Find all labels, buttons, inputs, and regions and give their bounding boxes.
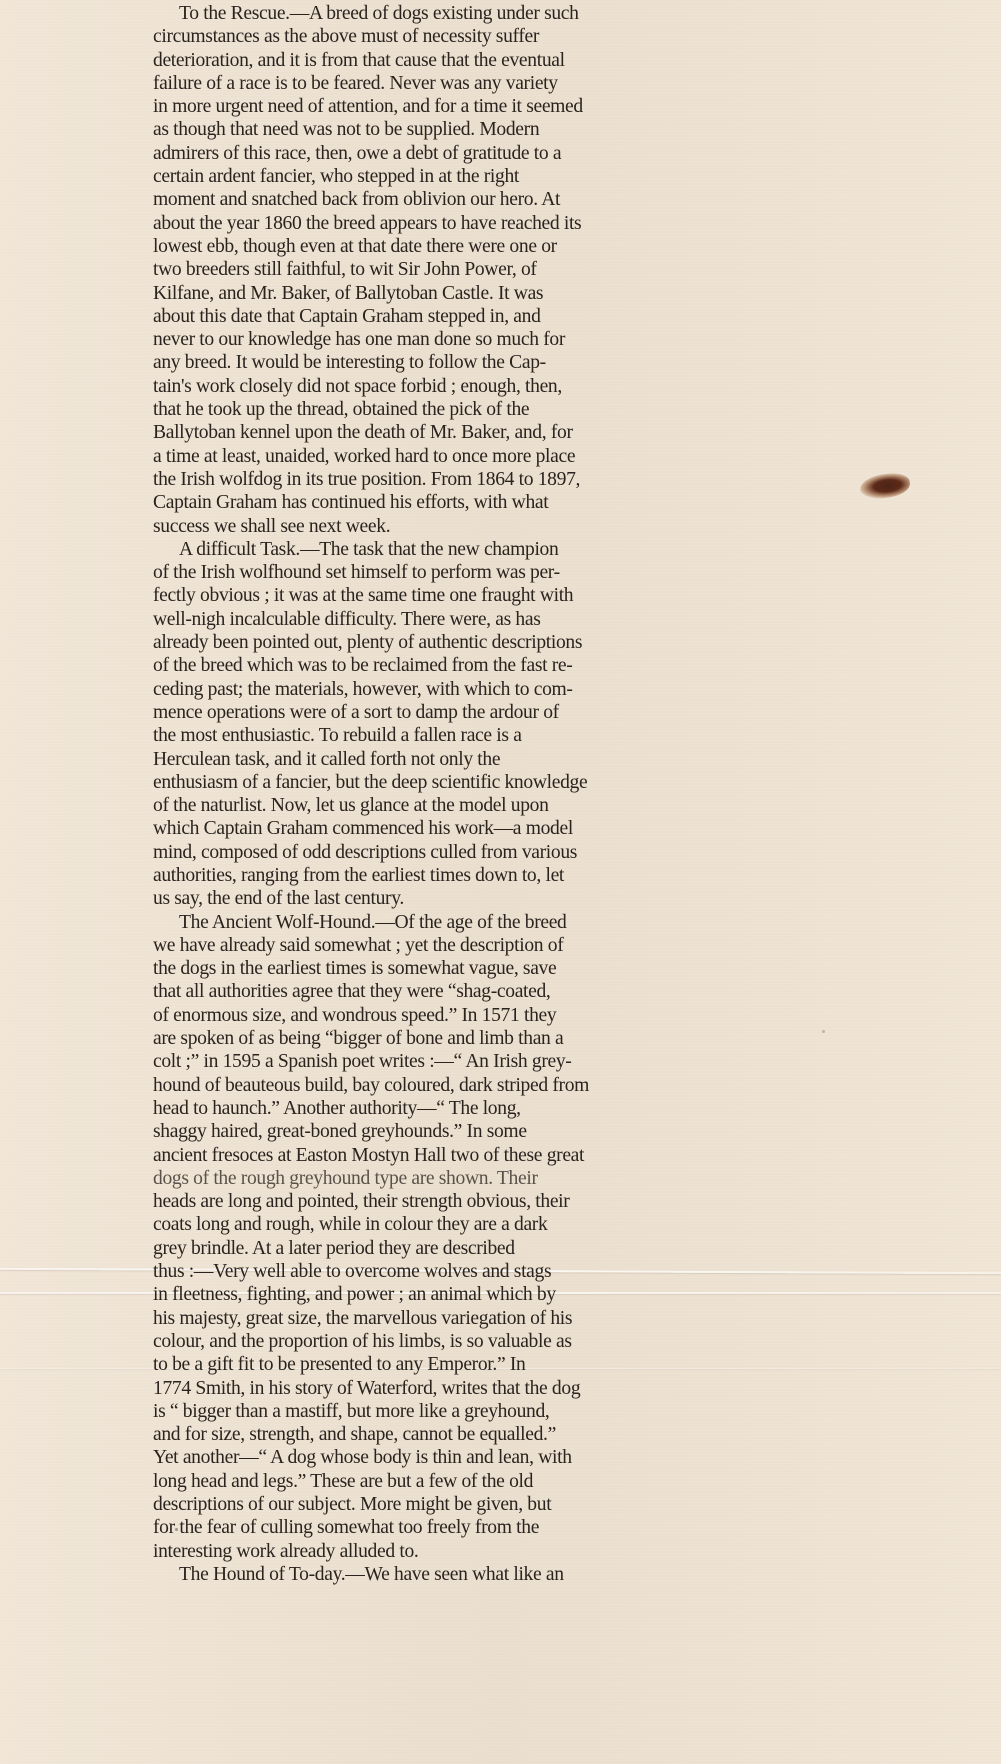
- text-line: is “ bigger than a mastiff, but more lik…: [153, 1400, 813, 1423]
- text-line: coats long and rough, while in colour th…: [153, 1213, 813, 1236]
- text-line: Captain Graham has continued his efforts…: [153, 491, 813, 514]
- text-line: us say, the end of the last century.: [153, 887, 813, 910]
- text-line: 1774 Smith, in his story of Waterford, w…: [153, 1377, 813, 1400]
- text-line: circumstances as the above must of neces…: [153, 25, 813, 48]
- text-line: of the Irish wolfhound set himself to pe…: [153, 561, 813, 584]
- section-the-hound-of-to-day: The Hound of To-day.—We have seen what l…: [153, 1563, 813, 1586]
- text-line: of the naturlist. Now, let us glance at …: [153, 794, 813, 817]
- text-line: for the fear of culling somewhat too fre…: [153, 1516, 813, 1539]
- text-line: interesting work already alluded to.: [153, 1540, 813, 1563]
- text-line-folded: dogs of the rough greyhound type are sho…: [153, 1167, 813, 1190]
- text-line: about the year 1860 the breed appears to…: [153, 212, 813, 235]
- text-line: in fleetness, fighting, and power ; an a…: [153, 1283, 813, 1306]
- text-line: already been pointed out, plenty of auth…: [153, 631, 813, 654]
- text-line: shaggy haired, great-boned greyhounds.” …: [153, 1120, 813, 1143]
- text-line: of the breed which was to be reclaimed f…: [153, 654, 813, 677]
- text-line: his majesty, great size, the marvellous …: [153, 1307, 813, 1330]
- text-line: are spoken of as being “bigger of bone a…: [153, 1027, 813, 1050]
- text-line: failure of a race is to be feared. Never…: [153, 72, 813, 95]
- text-line: mind, composed of odd descriptions culle…: [153, 841, 813, 864]
- text-line: admirers of this race, then, owe a debt …: [153, 142, 813, 165]
- text-line: two breeders still faithful, to wit Sir …: [153, 258, 813, 281]
- section-a-difficult-task: A difficult Task.—The task that the new …: [153, 538, 813, 911]
- text-line: Ballytoban kennel upon the death of Mr. …: [153, 421, 813, 444]
- section-the-ancient-wolf-hound: The Ancient Wolf-Hound.—Of the age of th…: [153, 911, 813, 1563]
- text-line: fectly obvious ; it was at the same time…: [153, 584, 813, 607]
- paper-stain: [859, 471, 911, 500]
- text-line: long head and legs.” These are but a few…: [153, 1470, 813, 1493]
- text-line: success we shall see next week.: [153, 515, 813, 538]
- text-line: about this date that Captain Graham step…: [153, 305, 813, 328]
- article-column: To the Rescue.—A breed of dogs existing …: [153, 2, 813, 1586]
- text-line: heads are long and pointed, their streng…: [153, 1190, 813, 1213]
- text-line: and for size, strength, and shape, canno…: [153, 1423, 813, 1446]
- text-line: that he took up the thread, obtained the…: [153, 398, 813, 421]
- text-line: tain's work closely did not space forbid…: [153, 375, 813, 398]
- text-line: colt ;” in 1595 a Spanish poet writes :—…: [153, 1050, 813, 1073]
- text-line: well-nigh incalculable difficulty. There…: [153, 608, 813, 631]
- text-line: ancient fresoces at Easton Mostyn Hall t…: [153, 1144, 813, 1167]
- text-line: Yet another—“ A dog whose body is thin a…: [153, 1446, 813, 1469]
- text-line: deterioration, and it is from that cause…: [153, 49, 813, 72]
- text-line: we have already said somewhat ; yet the …: [153, 934, 813, 957]
- text-line: The Ancient Wolf-Hound.—Of the age of th…: [153, 911, 813, 934]
- text-line: hound of beauteous build, bay coloured, …: [153, 1074, 813, 1097]
- text-line: grey brindle. At a later period they are…: [153, 1237, 813, 1260]
- text-line: a time at least, unaided, worked hard to…: [153, 445, 813, 468]
- text-line: in more urgent need of attention, and fo…: [153, 95, 813, 118]
- text-line: head to haunch.” Another authority—“ The…: [153, 1097, 813, 1120]
- paper-speck: [822, 1030, 825, 1033]
- text-line: which Captain Graham commenced his work—…: [153, 817, 813, 840]
- text-line: as though that need was not to be suppli…: [153, 118, 813, 141]
- text-line: of enormous size, and wondrous speed.” I…: [153, 1004, 813, 1027]
- text-line: the most enthusiastic. To rebuild a fall…: [153, 724, 813, 747]
- text-line: mence operations were of a sort to damp …: [153, 701, 813, 724]
- text-line: Herculean task, and it called forth not …: [153, 748, 813, 771]
- text-line: certain ardent fancier, who stepped in a…: [153, 165, 813, 188]
- text-line: that all authorities agree that they wer…: [153, 980, 813, 1003]
- text-line: lowest ebb, though even at that date the…: [153, 235, 813, 258]
- text-line: authorities, ranging from the earliest t…: [153, 864, 813, 887]
- text-line: Kilfane, and Mr. Baker, of Ballytoban Ca…: [153, 282, 813, 305]
- text-line: the Irish wolfdog in its true position. …: [153, 468, 813, 491]
- text-line: To the Rescue.—A breed of dogs existing …: [153, 2, 813, 25]
- text-line: the dogs in the earliest times is somewh…: [153, 957, 813, 980]
- text-line: descriptions of our subject. More might …: [153, 1493, 813, 1516]
- text-line: moment and snatched back from oblivion o…: [153, 188, 813, 211]
- text-line: colour, and the proportion of his limbs,…: [153, 1330, 813, 1353]
- text-line: ceding past; the materials, however, wit…: [153, 678, 813, 701]
- text-line: The Hound of To-day.—We have seen what l…: [153, 1563, 813, 1586]
- text-line: to be a gift fit to be presented to any …: [153, 1353, 813, 1376]
- text-line: any breed. It would be interesting to fo…: [153, 351, 813, 374]
- text-line: thus :—Very well able to overcome wolves…: [153, 1260, 813, 1283]
- text-line: never to our knowledge has one man done …: [153, 328, 813, 351]
- text-line: enthusiasm of a fancier, but the deep sc…: [153, 771, 813, 794]
- text-line: A difficult Task.—The task that the new …: [153, 538, 813, 561]
- section-to-the-rescue: To the Rescue.—A breed of dogs existing …: [153, 2, 813, 538]
